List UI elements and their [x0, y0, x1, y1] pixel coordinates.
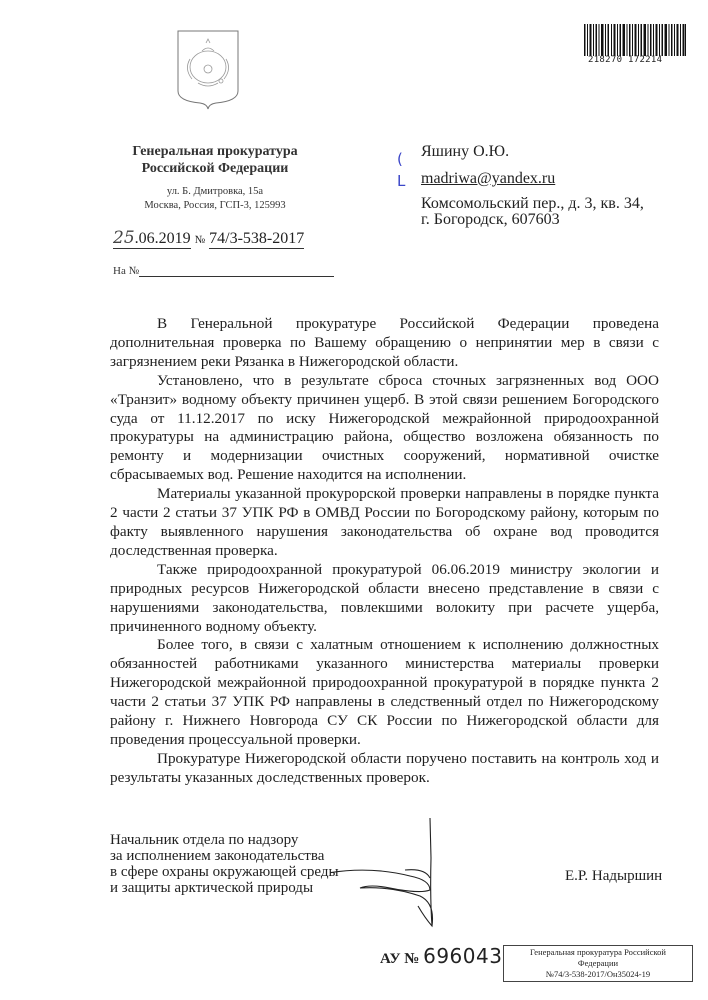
organization-name: Генеральная прокуратура Российской Федер… — [112, 143, 318, 177]
org-address-line2: Москва, Россия, ГСП-3, 125993 — [112, 199, 318, 213]
handwritten-signature-icon — [330, 818, 470, 933]
body-paragraph: Более того, в связи с халатным отношение… — [110, 636, 659, 749]
barcode-icon — [584, 24, 686, 56]
stamp-line3: №74/3-538-2017/Он35024-19 — [504, 969, 692, 980]
recipient-email[interactable]: madriwa@yandex.ru — [421, 169, 644, 188]
org-name-line2: Российской Федерации — [112, 160, 318, 177]
signatory-name: Е.Р. Надыршин — [565, 868, 662, 885]
serial-prefix: АУ № — [380, 951, 419, 967]
document-date-number: 25.06.2019 № 74/3-538-2017 — [113, 228, 304, 249]
pen-mark-2: L — [397, 172, 405, 190]
reference-blank — [139, 266, 334, 277]
pen-mark-1: ( — [397, 150, 403, 168]
handwritten-day: 25 — [113, 228, 135, 248]
recipient-name: Яшину О.Ю. — [421, 143, 509, 160]
recipient-address-line2: г. Богородск, 607603 — [421, 211, 560, 228]
recipient-address: Комсомольский пер., д. 3, кв. 34, г. Бог… — [421, 196, 644, 228]
letter-body: В Генеральной прокуратуре Российской Фед… — [110, 315, 659, 788]
coat-of-arms-emblem-icon — [176, 29, 240, 111]
serial-number: АУ № 696043 — [380, 944, 502, 968]
signatory-title-line4: и защиты арктической природы — [110, 880, 339, 896]
signatory-title-line3: в сфере охраны окружающей среды — [110, 864, 339, 880]
document-date: .06.2019 — [135, 230, 191, 247]
body-paragraph: Установлено, что в результате сброса сто… — [110, 372, 659, 485]
body-paragraph: В Генеральной прокуратуре Российской Фед… — [110, 315, 659, 372]
stamp-line2: Федерации — [504, 958, 692, 969]
org-address-line1: ул. Б. Дмитровка, 15а — [112, 185, 318, 199]
serial-value: 696043 — [423, 944, 502, 968]
stamp-line1: Генеральная прокуратура Российской — [504, 947, 692, 958]
org-name-line1: Генеральная прокуратура — [112, 143, 318, 160]
organization-address: ул. Б. Дмитровка, 15а Москва, Россия, ГС… — [112, 185, 318, 213]
body-paragraph: Прокуратуре Нижегородской области поруче… — [110, 750, 659, 788]
document-number: 74/3-538-2017 — [209, 230, 304, 249]
number-sign: № — [195, 234, 206, 246]
recipient-address-line1: Комсомольский пер., д. 3, кв. 34, — [421, 195, 644, 212]
signatory-title: Начальник отдела по надзору за исполнени… — [110, 832, 339, 896]
barcode-number: 218270 172214 — [588, 55, 662, 65]
signatory-title-line2: за исполнением законодательства — [110, 848, 339, 864]
recipient-block: Яшину О.Ю. madriwa@yandex.ru Комсомольск… — [421, 142, 644, 228]
registration-stamp: Генеральная прокуратура Российской Федер… — [503, 945, 693, 982]
body-paragraph: Также природоохранной прокуратурой 06.06… — [110, 561, 659, 637]
signatory-title-line1: Начальник отдела по надзору — [110, 832, 339, 848]
body-paragraph: Материалы указанной прокурорской проверк… — [110, 485, 659, 561]
reference-label: На № — [113, 265, 139, 277]
reference-line: На № — [113, 265, 334, 277]
